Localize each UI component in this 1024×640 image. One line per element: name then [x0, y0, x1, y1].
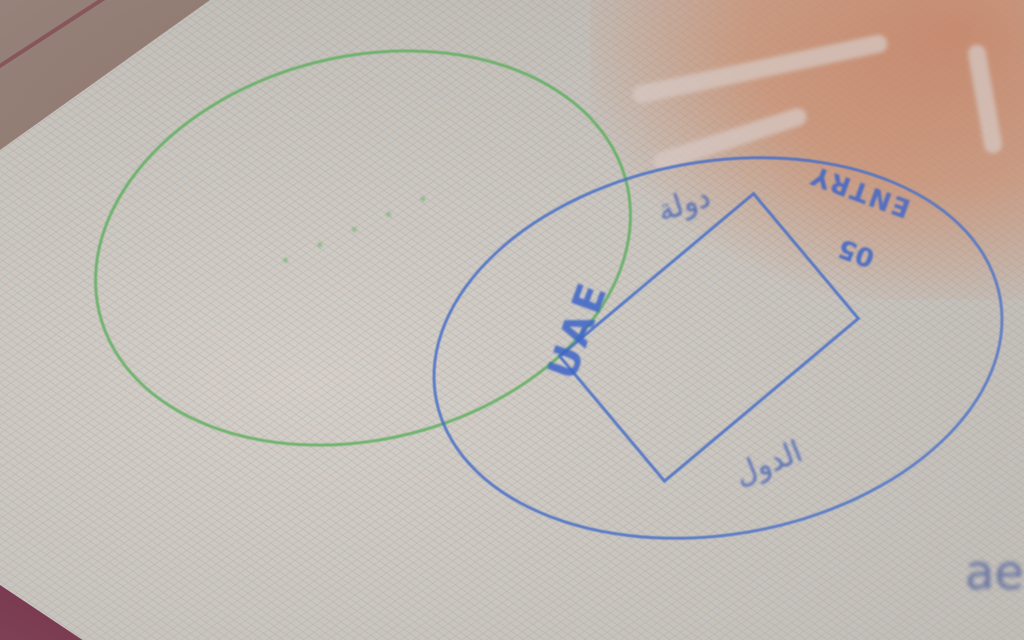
stamp-date-box	[558, 192, 861, 484]
stamp-arabic-bottom: الدول	[730, 434, 808, 492]
stamp-arabic-top: دولة	[653, 179, 714, 229]
stamp-date: 05	[834, 232, 878, 273]
passport-photo: · · · · · UAE ENTRY 05 دولة الدول ae	[0, 0, 1024, 640]
corner-stamp-fragment: ae	[965, 545, 1024, 601]
